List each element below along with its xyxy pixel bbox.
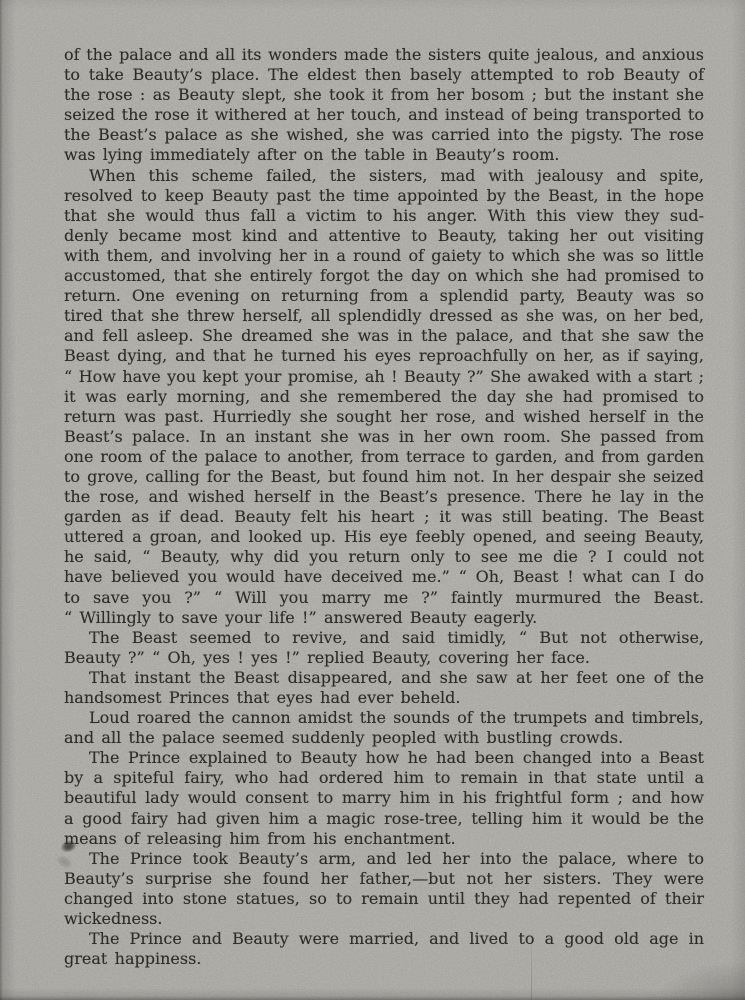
text-line: When this scheme failed, the sisters, ma… <box>64 166 704 186</box>
text-line: he said, “ Beauty, why did you return on… <box>64 547 704 567</box>
paragraph: The Prince explained to Beauty how he ha… <box>64 748 704 848</box>
text-line: garden as if dead. Beauty felt his heart… <box>64 507 704 527</box>
paragraph: That instant the Beast disappeared, and … <box>64 668 704 708</box>
text-line: return was past. Hurriedly she sought he… <box>64 407 704 427</box>
text-line: to take Beauty’s place. The eldest then … <box>64 65 704 85</box>
text-line: uttered a groan, and looked up. His eye … <box>64 527 704 547</box>
text-line: Beauty ?” “ Oh, yes ! yes !” replied Bea… <box>64 648 704 668</box>
text-line: have believed you would have deceived me… <box>64 567 704 587</box>
text-line: Loud roared the cannon amidst the sounds… <box>64 708 704 728</box>
text-line: the Beast’s palace as she wished, she wa… <box>64 125 704 145</box>
text-line: That instant the Beast disappeared, and … <box>64 668 704 688</box>
text-line: great happiness. <box>64 949 704 969</box>
text-line: The Prince and Beauty were married, and … <box>64 929 704 949</box>
paragraph: The Prince and Beauty were married, and … <box>64 929 704 969</box>
text-line: wickedness. <box>64 909 704 929</box>
text-line: Beauty’s surprise she found her father,—… <box>64 869 704 889</box>
text-line: resolved to keep Beauty past the time ap… <box>64 186 704 206</box>
text-line: a good fairy had given him a magic rose-… <box>64 809 704 829</box>
text-line: accustomed, that she entirely forgot the… <box>64 266 704 286</box>
paragraph: of the palace and all its wonders made t… <box>64 45 704 166</box>
text-line: the rose, and wished herself in the Beas… <box>64 487 704 507</box>
text-line: the rose : as Beauty slept, she took it … <box>64 85 704 105</box>
text-line: of the palace and all its wonders made t… <box>64 45 704 65</box>
scanned-book-page: of the palace and all its wonders made t… <box>0 0 745 1000</box>
text-line: by a spiteful fairy, who had ordered him… <box>64 768 704 788</box>
text-line: denly became most kind and attentive to … <box>64 226 704 246</box>
text-line: Beast’s palace. In an instant she was in… <box>64 427 704 447</box>
text-line: The Prince took Beauty’s arm, and led he… <box>64 849 704 869</box>
text-line: “ Willingly to save your life !” answere… <box>64 608 704 628</box>
text-line: with them, and involving her in a round … <box>64 246 704 266</box>
text-line: beautiful lady would consent to marry hi… <box>64 788 704 808</box>
text-line: changed into stone statues, so to remain… <box>64 889 704 909</box>
text-line: tired that she threw herself, all splend… <box>64 306 704 326</box>
paragraph: The Prince took Beauty’s arm, and led he… <box>64 849 704 929</box>
text-line: Beast dying, and that he turned his eyes… <box>64 346 704 366</box>
paragraph: The Beast seemed to revive, and said tim… <box>64 628 704 668</box>
text-line: and all the palace seemed suddenly peopl… <box>64 728 704 748</box>
text-line: that she would thus fall a victim to his… <box>64 206 704 226</box>
text-line: seized the rose it withered at her touch… <box>64 105 704 125</box>
text-line: “ How have you kept your promise, ah ! B… <box>64 367 704 387</box>
text-line: handsomest Princes that eyes had ever be… <box>64 688 704 708</box>
text-line: one room of the palace to another, from … <box>64 447 704 467</box>
text-line: to grove, calling for the Beast, but fou… <box>64 467 704 487</box>
text-line: was lying immediately after on the table… <box>64 145 704 165</box>
text-line: means of releasing him from his enchantm… <box>64 829 704 849</box>
text-line: and fell asleep. She dreamed she was in … <box>64 326 704 346</box>
text-line: The Prince explained to Beauty how he ha… <box>64 748 704 768</box>
paragraph: When this scheme failed, the sisters, ma… <box>64 166 704 628</box>
text-line: The Beast seemed to revive, and said tim… <box>64 628 704 648</box>
text-line: to save you ?” “ Will you marry me ?” fa… <box>64 588 704 608</box>
paragraph: Loud roared the cannon amidst the sounds… <box>64 708 704 748</box>
story-text: of the palace and all its wonders made t… <box>64 45 704 969</box>
text-line: it was early morning, and she remembered… <box>64 387 704 407</box>
text-line: return. One evening on returning from a … <box>64 286 704 306</box>
